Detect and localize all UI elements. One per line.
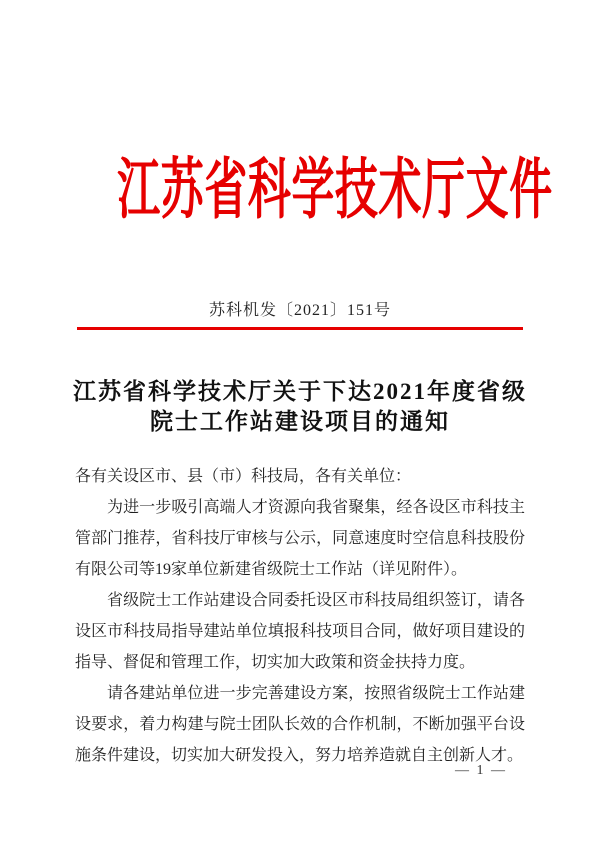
document-body: 各有关设区市、县（市）科技局，各有关单位： 为进一步吸引高端人才资源向我省聚集，… bbox=[75, 461, 525, 771]
document-page: 江苏省科学技术厅文件 苏科机发〔2021〕151号 江苏省科学技术厅关于下达20… bbox=[0, 0, 600, 848]
document-reference-number: 苏科机发〔2021〕151号 bbox=[0, 301, 600, 321]
body-paragraph-2: 省级院士工作站建设合同委托设区市科技局组织签订，请各设区市科技局指导建站单位填报… bbox=[75, 585, 525, 678]
document-title-line1: 江苏省科学技术厅关于下达2021年度省级 bbox=[0, 377, 600, 407]
salutation-line: 各有关设区市、县（市）科技局，各有关单位： bbox=[75, 461, 525, 492]
body-paragraph-3: 请各建站单位进一步完善建设方案，按照省级院士工作站建设要求，着力构建与院士团队长… bbox=[75, 678, 525, 771]
agency-title: 江苏省科学技术厅文件 bbox=[117, 156, 553, 226]
page-number: — 1 — bbox=[455, 763, 507, 779]
red-header-masthead: 江苏省科学技术厅文件 bbox=[0, 0, 600, 243]
document-title: 江苏省科学技术厅关于下达2021年度省级 院士工作站建设项目的通知 bbox=[0, 377, 600, 437]
document-title-line2: 院士工作站建设项目的通知 bbox=[0, 407, 600, 437]
red-divider-line bbox=[77, 327, 523, 330]
body-paragraph-1: 为进一步吸引高端人才资源向我省聚集，经各设区市科技主管部门推荐，省科技厅审核与公… bbox=[75, 492, 525, 585]
